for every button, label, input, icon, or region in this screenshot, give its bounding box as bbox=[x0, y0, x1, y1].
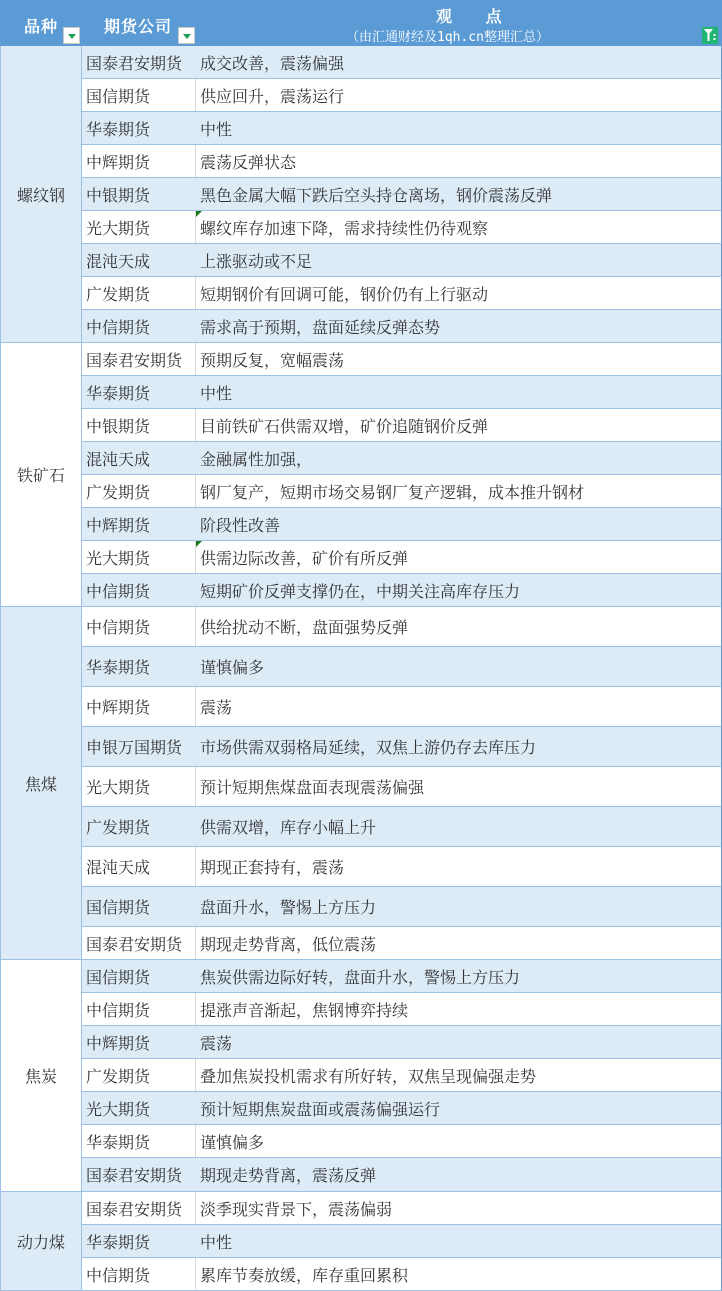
table-row: 申银万国期货市场供需双弱格局延续，双焦上游仍存去库压力 bbox=[82, 727, 722, 767]
view-cell[interactable]: 黑色金属大幅下跌后空头持仓离场，钢价震荡反弹 bbox=[196, 178, 721, 210]
column-header-variety[interactable]: 品种 bbox=[0, 0, 82, 46]
table-row: 国泰君安期货预期反复，宽幅震荡 bbox=[82, 343, 722, 376]
view-cell[interactable]: 供需双增，库存小幅上升 bbox=[196, 807, 721, 846]
company-filter-dropdown-button[interactable] bbox=[178, 27, 195, 44]
company-cell[interactable]: 中辉期货 bbox=[82, 145, 196, 177]
table-header: 品种 期货公司 观 点 （由汇通财经及1qh.cn整理汇总） bbox=[0, 0, 722, 47]
table-row: 华泰期货中性 bbox=[82, 376, 722, 409]
view-cell[interactable]: 需求高于预期，盘面延续反弹态势 bbox=[196, 310, 721, 342]
company-cell[interactable]: 中信期货 bbox=[82, 1258, 196, 1290]
company-cell[interactable]: 华泰期货 bbox=[82, 112, 196, 144]
column-header-company[interactable]: 期货公司 bbox=[82, 0, 196, 46]
company-cell[interactable]: 广发期货 bbox=[82, 807, 196, 846]
company-cell[interactable]: 中信期货 bbox=[82, 574, 196, 606]
table-row: 华泰期货中性 bbox=[82, 1225, 722, 1258]
variety-group: 焦炭国信期货焦炭供需边际好转，盘面升水，警惕上方压力中信期货提涨声音渐起，焦钢博… bbox=[0, 960, 722, 1192]
table-row: 中辉期货阶段性改善 bbox=[82, 508, 722, 541]
table-row: 中辉期货震荡反弹状态 bbox=[82, 145, 722, 178]
comment-indicator-icon[interactable] bbox=[196, 211, 202, 217]
view-cell[interactable]: 震荡 bbox=[196, 1026, 721, 1058]
variety-group: 铁矿石国泰君安期货预期反复，宽幅震荡华泰期货中性中银期货目前铁矿石供需双增，矿价… bbox=[0, 343, 722, 607]
company-cell[interactable]: 广发期货 bbox=[82, 1059, 196, 1091]
variety-label: 铁矿石 bbox=[17, 463, 65, 486]
column-header-view-subtitle: （由汇通财经及1qh.cn整理汇总） bbox=[346, 26, 549, 45]
spreadsheet: 品种 期货公司 观 点 （由汇通财经及1qh.cn整理汇总） 螺纹钢国泰君安期货 bbox=[0, 0, 722, 1291]
table-row: 中辉期货震荡 bbox=[82, 687, 722, 727]
view-cell[interactable]: 谨慎偏多 bbox=[196, 1125, 721, 1157]
table-row: 华泰期货谨慎偏多 bbox=[82, 647, 722, 687]
column-header-view-label: 观 点 bbox=[436, 4, 516, 27]
view-cell[interactable]: 累库节奏放缓，库存重回累积 bbox=[196, 1258, 721, 1290]
view-filter-button[interactable] bbox=[702, 27, 718, 44]
table-row: 混沌天成期现正套持有，震荡 bbox=[82, 847, 722, 887]
variety-cell[interactable]: 螺纹钢 bbox=[0, 46, 82, 343]
view-cell[interactable]: 成交改善，震荡偏强 bbox=[196, 46, 721, 78]
view-cell[interactable]: 市场供需双弱格局延续，双焦上游仍存去库压力 bbox=[196, 727, 721, 766]
view-cell[interactable]: 短期矿价反弹支撑仍在，中期关注高库存压力 bbox=[196, 574, 721, 606]
company-cell[interactable]: 光大期货 bbox=[82, 211, 196, 243]
view-cell[interactable]: 供给扰动不断，盘面强势反弹 bbox=[196, 607, 721, 646]
company-cell[interactable]: 华泰期货 bbox=[82, 1225, 196, 1257]
table-row: 国泰君安期货期现走势背离，低位震荡 bbox=[82, 927, 722, 960]
table-row: 光大期货预计短期焦炭盘面或震荡偏强运行 bbox=[82, 1092, 722, 1125]
company-cell[interactable]: 中信期货 bbox=[82, 607, 196, 646]
table-row: 中辉期货震荡 bbox=[82, 1026, 722, 1059]
view-cell[interactable]: 震荡 bbox=[196, 687, 721, 726]
table-row: 中银期货黑色金属大幅下跌后空头持仓离场，钢价震荡反弹 bbox=[82, 178, 722, 211]
view-cell[interactable]: 预期反复，宽幅震荡 bbox=[196, 343, 721, 375]
variety-filter-dropdown-button[interactable] bbox=[63, 27, 80, 44]
table-row: 光大期货螺纹库存加速下降，需求持续性仍待观察 bbox=[82, 211, 722, 244]
company-cell[interactable]: 国泰君安期货 bbox=[82, 343, 196, 375]
table-row: 国信期货盘面升水，警惕上方压力 bbox=[82, 887, 722, 927]
company-cell[interactable]: 华泰期货 bbox=[82, 1125, 196, 1157]
view-cell[interactable]: 供应回升，震荡运行 bbox=[196, 79, 721, 111]
column-header-variety-label: 品种 bbox=[24, 14, 58, 37]
view-cell[interactable]: 预计短期焦煤盘面表现震荡偏强 bbox=[196, 767, 721, 806]
company-cell[interactable]: 华泰期货 bbox=[82, 376, 196, 408]
view-cell[interactable]: 提涨声音渐起，焦钢博弈持续 bbox=[196, 993, 721, 1025]
table-row: 国信期货供应回升，震荡运行 bbox=[82, 79, 722, 112]
company-cell[interactable]: 中辉期货 bbox=[82, 508, 196, 540]
filter-icon bbox=[704, 29, 716, 42]
variety-cell[interactable]: 焦煤 bbox=[0, 607, 82, 960]
table-row: 中信期货累库节奏放缓，库存重回累积 bbox=[82, 1258, 722, 1291]
view-cell[interactable]: 短期钢价有回调可能，钢价仍有上行驱动 bbox=[196, 277, 721, 309]
view-cell[interactable]: 阶段性改善 bbox=[196, 508, 721, 540]
view-cell[interactable]: 螺纹库存加速下降，需求持续性仍待观察 bbox=[196, 211, 721, 243]
chevron-down-icon bbox=[183, 34, 191, 39]
view-cell[interactable]: 焦炭供需边际好转，盘面升水，警惕上方压力 bbox=[196, 960, 721, 992]
company-cell[interactable]: 混沌天成 bbox=[82, 244, 196, 276]
view-cell[interactable]: 上涨驱动或不足 bbox=[196, 244, 721, 276]
company-cell[interactable]: 国信期货 bbox=[82, 79, 196, 111]
view-cell[interactable]: 钢厂复产，短期市场交易钢厂复产逻辑，成本推升钢材 bbox=[196, 475, 721, 507]
view-cell[interactable]: 期现走势背离，低位震荡 bbox=[196, 927, 721, 959]
chevron-down-icon bbox=[68, 34, 76, 39]
company-cell[interactable]: 国信期货 bbox=[82, 960, 196, 992]
company-cell[interactable]: 国信期货 bbox=[82, 887, 196, 926]
view-cell[interactable]: 中性 bbox=[196, 112, 721, 144]
view-cell[interactable]: 预计短期焦炭盘面或震荡偏强运行 bbox=[196, 1092, 721, 1124]
table-row: 中信期货提涨声音渐起，焦钢博弈持续 bbox=[82, 993, 722, 1026]
view-cell[interactable]: 供需边际改善，矿价有所反弹 bbox=[196, 541, 721, 573]
view-cell[interactable]: 目前铁矿石供需双增，矿价追随钢价反弹 bbox=[196, 409, 721, 441]
company-cell[interactable]: 混沌天成 bbox=[82, 442, 196, 474]
view-cell[interactable]: 期现正套持有，震荡 bbox=[196, 847, 721, 886]
company-cell[interactable]: 国泰君安期货 bbox=[82, 46, 196, 78]
variety-label: 焦煤 bbox=[25, 772, 57, 795]
variety-group: 动力煤国泰君安期货淡季现实背景下，震荡偏弱华泰期货中性中信期货累库节奏放缓，库存… bbox=[0, 1192, 722, 1291]
company-cell[interactable]: 国泰君安期货 bbox=[82, 1192, 196, 1224]
view-cell[interactable]: 叠加焦炭投机需求有所好转，双焦呈现偏强走势 bbox=[196, 1059, 721, 1091]
variety-group: 焦煤中信期货供给扰动不断，盘面强势反弹华泰期货谨慎偏多中辉期货震荡申银万国期货市… bbox=[0, 607, 722, 960]
company-cell[interactable]: 中银期货 bbox=[82, 409, 196, 441]
company-cell[interactable]: 国泰君安期货 bbox=[82, 927, 196, 959]
company-cell[interactable]: 中辉期货 bbox=[82, 687, 196, 726]
view-cell[interactable]: 盘面升水，警惕上方压力 bbox=[196, 887, 721, 926]
company-cell[interactable]: 光大期货 bbox=[82, 1092, 196, 1124]
company-cell[interactable]: 光大期货 bbox=[82, 767, 196, 806]
table-row: 华泰期货谨慎偏多 bbox=[82, 1125, 722, 1158]
table-row: 光大期货预计短期焦煤盘面表现震荡偏强 bbox=[82, 767, 722, 807]
company-cell[interactable]: 广发期货 bbox=[82, 277, 196, 309]
view-cell[interactable]: 震荡反弹状态 bbox=[196, 145, 721, 177]
company-cell[interactable]: 华泰期货 bbox=[82, 647, 196, 686]
table-row: 国泰君安期货淡季现实背景下，震荡偏弱 bbox=[82, 1192, 722, 1225]
company-cell[interactable]: 光大期货 bbox=[82, 541, 196, 573]
view-cell[interactable]: 谨慎偏多 bbox=[196, 647, 721, 686]
table-row: 国泰君安期货成交改善，震荡偏强 bbox=[82, 46, 722, 79]
table-row: 华泰期货中性 bbox=[82, 112, 722, 145]
column-header-company-label: 期货公司 bbox=[104, 14, 172, 37]
table-row: 混沌天成金融属性加强， bbox=[82, 442, 722, 475]
variety-label: 螺纹钢 bbox=[17, 183, 65, 206]
view-cell[interactable]: 中性 bbox=[196, 1225, 721, 1257]
variety-label: 焦炭 bbox=[25, 1064, 57, 1087]
table-row: 混沌天成上涨驱动或不足 bbox=[82, 244, 722, 277]
company-cell[interactable]: 混沌天成 bbox=[82, 847, 196, 886]
variety-cell[interactable]: 动力煤 bbox=[0, 1192, 82, 1291]
company-cell[interactable]: 广发期货 bbox=[82, 475, 196, 507]
column-header-view[interactable]: 观 点 （由汇通财经及1qh.cn整理汇总） bbox=[196, 0, 722, 46]
table-row: 广发期货短期钢价有回调可能，钢价仍有上行驱动 bbox=[82, 277, 722, 310]
variety-cell[interactable]: 焦炭 bbox=[0, 960, 82, 1192]
company-cell[interactable]: 申银万国期货 bbox=[82, 727, 196, 766]
view-cell[interactable]: 淡季现实背景下，震荡偏弱 bbox=[196, 1192, 721, 1224]
comment-indicator-icon[interactable] bbox=[196, 541, 202, 547]
company-cell[interactable]: 中银期货 bbox=[82, 178, 196, 210]
table-row: 国泰君安期货期现走势背离，震荡反弹 bbox=[82, 1158, 722, 1192]
table-row: 广发期货叠加焦炭投机需求有所好转，双焦呈现偏强走势 bbox=[82, 1059, 722, 1092]
company-cell[interactable]: 中信期货 bbox=[82, 993, 196, 1025]
variety-group: 螺纹钢国泰君安期货成交改善，震荡偏强国信期货供应回升，震荡运行华泰期货中性中辉期… bbox=[0, 46, 722, 343]
table-row: 中银期货目前铁矿石供需双增，矿价追随钢价反弹 bbox=[82, 409, 722, 442]
table-row: 国信期货焦炭供需边际好转，盘面升水，警惕上方压力 bbox=[82, 960, 722, 993]
view-cell[interactable]: 金融属性加强， bbox=[196, 442, 721, 474]
table-row: 广发期货钢厂复产，短期市场交易钢厂复产逻辑，成本推升钢材 bbox=[82, 475, 722, 508]
table-row: 中信期货短期矿价反弹支撑仍在，中期关注高库存压力 bbox=[82, 574, 722, 607]
company-cell[interactable]: 中信期货 bbox=[82, 310, 196, 342]
table-row: 广发期货供需双增，库存小幅上升 bbox=[82, 807, 722, 847]
table-row: 中信期货供给扰动不断，盘面强势反弹 bbox=[82, 607, 722, 647]
table-row: 中信期货需求高于预期，盘面延续反弹态势 bbox=[82, 310, 722, 343]
view-cell[interactable]: 中性 bbox=[196, 376, 721, 408]
table-row: 光大期货供需边际改善，矿价有所反弹 bbox=[82, 541, 722, 574]
company-cell[interactable]: 中辉期货 bbox=[82, 1026, 196, 1058]
company-cell[interactable]: 国泰君安期货 bbox=[82, 1158, 196, 1191]
view-cell[interactable]: 期现走势背离，震荡反弹 bbox=[196, 1158, 721, 1191]
variety-label: 动力煤 bbox=[17, 1230, 65, 1253]
variety-cell[interactable]: 铁矿石 bbox=[0, 343, 82, 607]
